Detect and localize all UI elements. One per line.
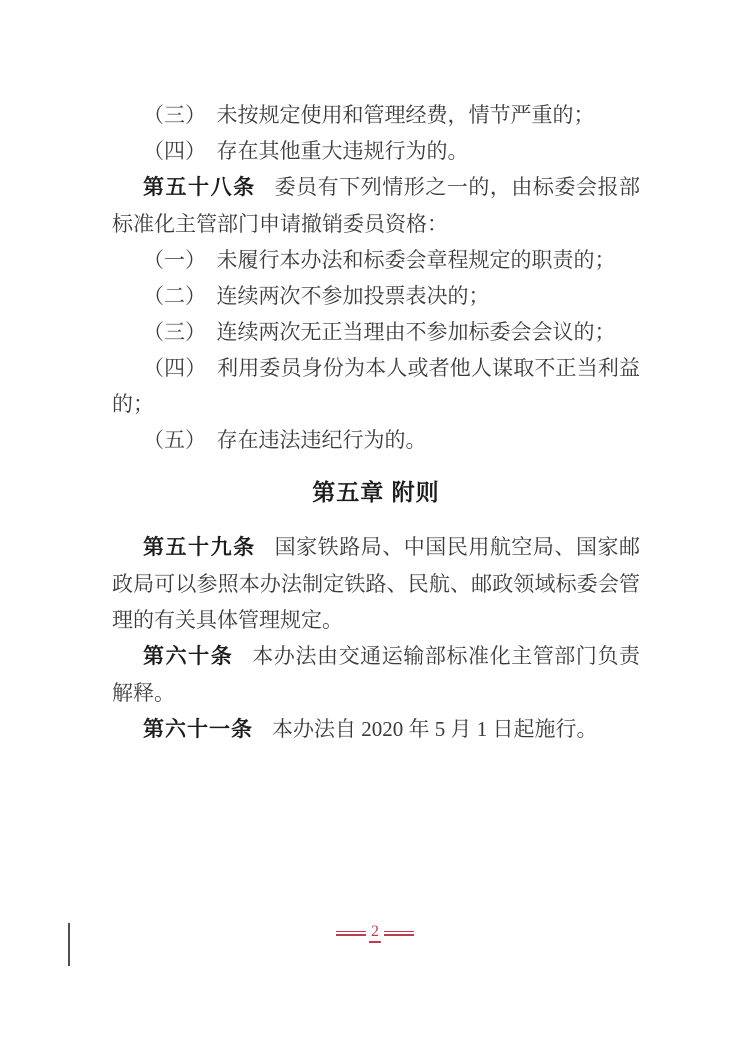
footer-rule-right <box>384 931 414 936</box>
list-item-text: （一） 未履行本办法和标委会章程规定的职责的； <box>143 248 616 272</box>
list-item-paragraph: （三） 连续两次无正当理由不参加标委会会议的； <box>112 314 640 350</box>
list-item-paragraph: （四） 利用委员身份为本人或者他人谋取不正当利益的； <box>112 350 640 422</box>
list-item-paragraph: （五） 存在违法违纪行为的。 <box>112 422 640 458</box>
document-body: （三） 未按规定使用和管理经费，情节严重的； （四） 存在其他重大违规行为的。 … <box>112 97 640 748</box>
article-number: 第五十九条 <box>143 536 256 559</box>
list-item-text: （五） 存在违法违纪行为的。 <box>143 428 427 452</box>
article-number: 第六十一条 <box>143 718 253 741</box>
article-number: 第五十八条 <box>143 176 256 199</box>
list-item-text: （二） 连续两次不参加投票表决的； <box>143 284 490 308</box>
article-number: 第六十条 <box>143 645 233 668</box>
list-item-paragraph: （一） 未履行本办法和标委会章程规定的职责的； <box>112 242 640 278</box>
list-item-paragraph: （四） 存在其他重大违规行为的。 <box>112 133 640 169</box>
page-number: 2 <box>369 924 381 943</box>
footer-rule-left <box>336 931 366 936</box>
article-paragraph: 第五十八条委员有下列情形之一的，由标委会报部标准化主管部门申请撤销委员资格： <box>112 169 640 242</box>
list-item-paragraph: （三） 未按规定使用和管理经费，情节严重的； <box>112 97 640 133</box>
list-item-text: （四） 利用委员身份为本人或者他人谋取不正当利益的； <box>112 356 640 416</box>
list-item-text: （三） 未按规定使用和管理经费，情节严重的； <box>143 103 595 127</box>
article-paragraph: 第五十九条国家铁路局、中国民用航空局、国家邮政局可以参照本办法制定铁路、民航、邮… <box>112 529 640 638</box>
article-paragraph: 第六十一条本办法自 2020 年 5 月 1 日起施行。 <box>112 711 640 748</box>
list-item-text: （四） 存在其他重大违规行为的。 <box>143 139 469 163</box>
document-page: （三） 未按规定使用和管理经费，情节严重的； （四） 存在其他重大违规行为的。 … <box>0 0 750 1060</box>
list-item-text: （三） 连续两次无正当理由不参加标委会会议的； <box>143 320 616 344</box>
page-footer: 2 <box>0 924 750 943</box>
article-text: 本办法自 2020 年 5 月 1 日起施行。 <box>272 717 598 741</box>
list-item-paragraph: （二） 连续两次不参加投票表决的； <box>112 278 640 314</box>
chapter-heading: 第五章 附则 <box>112 474 640 510</box>
article-paragraph: 第六十条本办法由交通运输部标准化主管部门负责解释。 <box>112 638 640 711</box>
